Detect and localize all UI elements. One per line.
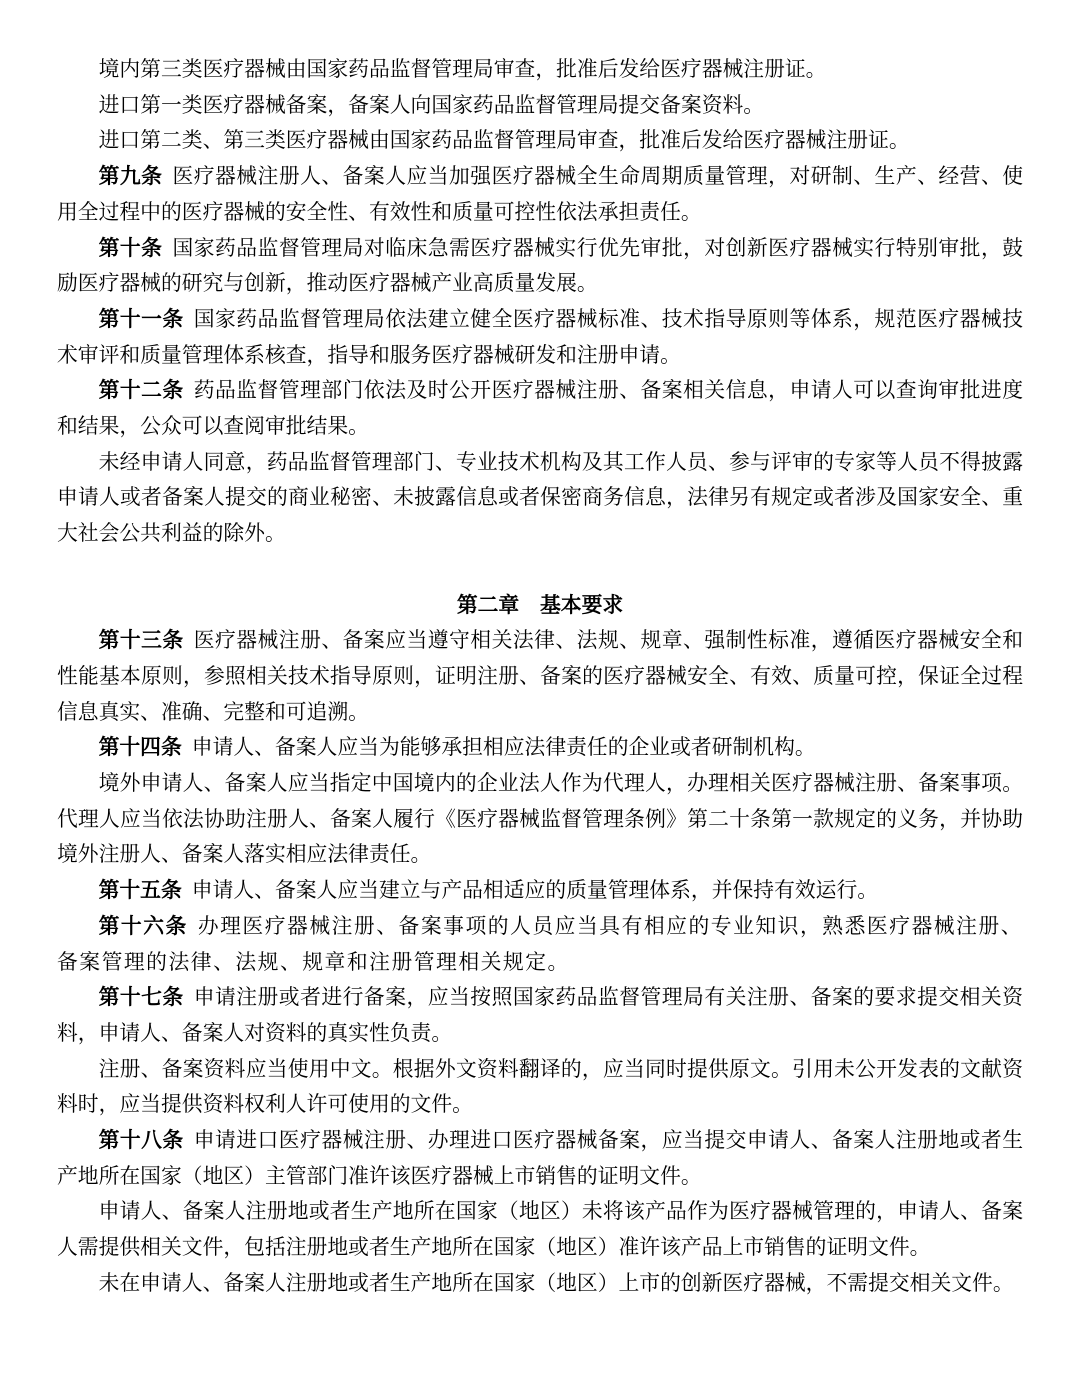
paragraph-text: 境外申请人、备案人应当指定中国境内的企业法人作为代理人，办理相关医疗器械注册、备… [57,772,1023,866]
article-paragraph: 第十二条药品监督管理部门依法及时公开医疗器械注册、备案相关信息，申请人可以查询审… [57,373,1023,444]
paragraph-text: 药品监督管理部门依法及时公开医疗器械注册、备案相关信息，申请人可以查询审批进度和… [57,379,1023,438]
article-number: 第十七条 [99,986,184,1009]
article-number: 第十一条 [99,308,184,331]
article-paragraph: 第十三条医疗器械注册、备案应当遵守相关法律、法规、规章、强制性标准，遵循医疗器械… [57,623,1023,730]
body-paragraph: 境内第三类医疗器械由国家药品监督管理局审查，批准后发给医疗器械注册证。 [57,52,1023,88]
article-paragraph: 第十七条申请注册或者进行备案，应当按照国家药品监督管理局有关注册、备案的要求提交… [57,980,1023,1051]
body-paragraph: 进口第二类、第三类医疗器械由国家药品监督管理局审查，批准后发给医疗器械注册证。 [57,123,1023,159]
body-paragraph: 未在申请人、备案人注册地或者生产地所在国家（地区）上市的创新医疗器械，不需提交相… [57,1266,1023,1302]
article-number: 第十二条 [99,379,184,402]
article-paragraph: 第十一条国家药品监督管理局依法建立健全医疗器械标准、技术指导原则等体系，规范医疗… [57,302,1023,373]
paragraph-text: 医疗器械注册、备案应当遵守相关法律、法规、规章、强制性标准，遵循医疗器械安全和性… [57,629,1023,723]
body-paragraph: 申请人、备案人注册地或者生产地所在国家（地区）未将该产品作为医疗器械管理的，申请… [57,1194,1023,1265]
paragraph-text: 注册、备案资料应当使用中文。根据外文资料翻译的，应当同时提供原文。引用未公开发表… [57,1058,1023,1117]
chapter-heading: 第二章 基本要求 [57,588,1023,624]
body-paragraph: 进口第一类医疗器械备案，备案人向国家药品监督管理局提交备案资料。 [57,88,1023,124]
article-paragraph: 第十四条申请人、备案人应当为能够承担相应法律责任的企业或者研制机构。 [57,730,1023,766]
paragraph-text: 申请人、备案人注册地或者生产地所在国家（地区）未将该产品作为医疗器械管理的，申请… [57,1200,1023,1259]
body-paragraph: 未经申请人同意，药品监督管理部门、专业技术机构及其工作人员、参与评审的专家等人员… [57,445,1023,552]
paragraph-text: 国家药品监督管理局对临床急需医疗器械实行优先审批，对创新医疗器械实行特别审批，鼓… [57,237,1023,296]
paragraph-text: 申请进口医疗器械注册、办理进口医疗器械备案，应当提交申请人、备案人注册地或者生产… [57,1129,1023,1188]
article-paragraph: 第十条国家药品监督管理局对临床急需医疗器械实行优先审批，对创新医疗器械实行特别审… [57,231,1023,302]
body-paragraph: 境外申请人、备案人应当指定中国境内的企业法人作为代理人，办理相关医疗器械注册、备… [57,766,1023,873]
paragraph-text: 未经申请人同意，药品监督管理部门、专业技术机构及其工作人员、参与评审的专家等人员… [57,451,1023,545]
article-number: 第十四条 [99,736,182,759]
paragraph-text: 国家药品监督管理局依法建立健全医疗器械标准、技术指导原则等体系，规范医疗器械技术… [57,308,1023,367]
paragraph-text: 境内第三类医疗器械由国家药品监督管理局审查，批准后发给医疗器械注册证。 [99,58,827,81]
paragraph-text: 进口第二类、第三类医疗器械由国家药品监督管理局审查，批准后发给医疗器械注册证。 [99,129,910,152]
document-page: 境内第三类医疗器械由国家药品监督管理局审查，批准后发给医疗器械注册证。进口第一类… [0,0,1080,1398]
article-number: 第十条 [99,237,163,260]
article-paragraph: 第十八条申请进口医疗器械注册、办理进口医疗器械备案，应当提交申请人、备案人注册地… [57,1123,1023,1194]
paragraph-text: 办理医疗器械注册、备案事项的人员应当具有相应的专业知识，熟悉医疗器械注册、备案管… [57,915,1023,974]
article-paragraph: 第九条医疗器械注册人、备案人应当加强医疗器械全生命周期质量管理，对研制、生产、经… [57,159,1023,230]
paragraph-text: 未在申请人、备案人注册地或者生产地所在国家（地区）上市的创新医疗器械，不需提交相… [99,1272,1014,1295]
paragraph-text: 进口第一类医疗器械备案，备案人向国家药品监督管理局提交备案资料。 [99,94,765,117]
article-number: 第十六条 [99,915,188,938]
paragraph-text: 申请人、备案人应当为能够承担相应法律责任的企业或者研制机构。 [192,736,816,759]
article-number: 第十五条 [99,879,182,902]
article-paragraph: 第十五条申请人、备案人应当建立与产品相适应的质量管理体系，并保持有效运行。 [57,873,1023,909]
body-paragraph: 注册、备案资料应当使用中文。根据外文资料翻译的，应当同时提供原文。引用未公开发表… [57,1052,1023,1123]
paragraph-text: 申请注册或者进行备案，应当按照国家药品监督管理局有关注册、备案的要求提交相关资料… [57,986,1023,1045]
document-content: 境内第三类医疗器械由国家药品监督管理局审查，批准后发给医疗器械注册证。进口第一类… [57,52,1023,1302]
paragraph-text: 医疗器械注册人、备案人应当加强医疗器械全生命周期质量管理，对研制、生产、经营、使… [57,165,1023,224]
article-number: 第九条 [99,165,163,188]
article-paragraph: 第十六条办理医疗器械注册、备案事项的人员应当具有相应的专业知识，熟悉医疗器械注册… [57,909,1023,980]
article-number: 第十三条 [99,629,184,652]
paragraph-text: 申请人、备案人应当建立与产品相适应的质量管理体系，并保持有效运行。 [192,879,878,902]
article-number: 第十八条 [99,1129,184,1152]
